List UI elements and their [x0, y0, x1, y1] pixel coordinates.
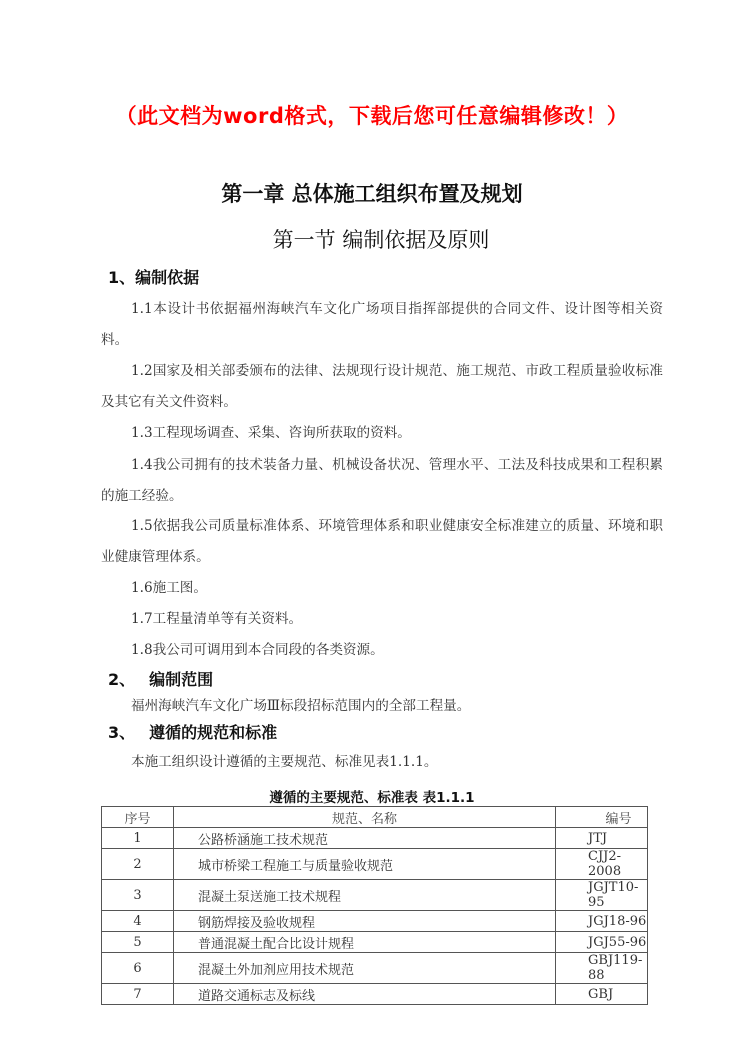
paragraph-1-3: 1.3工程现场调查、采集、咨询所获取的资料。 [101, 418, 663, 449]
paragraph-1-6: 1.6施工图。 [101, 573, 663, 604]
table-row: 3 混凝土泵送施工技术规程 JGJT10-95 [102, 880, 648, 911]
heading-basis: 1、编制依据 [108, 265, 199, 288]
paragraph-1-5: 1.5依据我公司质量标准体系、环境管理体系和职业健康安全标准建立的质量、环境和职… [101, 511, 663, 573]
chapter-title: 第一章 总体施工组织布置及规划 [0, 178, 744, 208]
table-caption: 遵循的主要规范、标准表 表1.1.1 [0, 786, 744, 806]
table-header-row: 序号 规范、名称 编号 [102, 807, 648, 828]
paragraph-1-4: 1.4我公司拥有的技术装备力量、机械设备状况、管理水平、工法及科技成果和工程积累… [101, 450, 663, 512]
paragraph-1-1: 1.1本设计书依据福州海峡汽车文化广场项目指挥部提供的合同文件、设计图等相关资料… [101, 294, 663, 356]
table-row: 6 混凝土外加剂应用技术规范 GBJ119-88 [102, 953, 648, 984]
header-code: 编号 [556, 807, 648, 828]
heading-text: 编制依据 [135, 268, 199, 287]
paragraph-standards: 本施工组织设计遵循的主要规范、标准见表1.1.1。 [101, 747, 663, 778]
header-name: 规范、名称 [174, 807, 556, 828]
table-row: 7 道路交通标志及标线 GBJ [102, 984, 648, 1005]
paragraph-scope: 福州海峡汽车文化广场Ⅲ标段招标范围内的全部工程量。 [101, 691, 663, 722]
heading-number: 1、 [108, 265, 135, 288]
heading-standards: 3、遵循的规范和标准 [108, 720, 277, 743]
table-row: 1 公路桥涵施工技术规范 JTJ [102, 828, 648, 849]
editable-notice: （此文档为word格式，下载后您可任意编辑修改！） [0, 100, 744, 130]
paragraph-1-2: 1.2国家及相关部委颁布的法律、法规现行设计规范、施工规范、市政工程质量验收标准… [101, 356, 663, 418]
paragraph-1-8: 1.8我公司可调用到本合同段的各类资源。 [101, 635, 663, 666]
heading-scope: 2、编制范围 [108, 667, 213, 690]
header-index: 序号 [102, 807, 174, 828]
standards-table: 序号 规范、名称 编号 1 公路桥涵施工技术规范 JTJ 2 城市桥梁工程施工与… [101, 806, 648, 1005]
table-row: 5 普通混凝土配合比设计规程 JGJ55-96 [102, 932, 648, 953]
table-row: 4 钢筋焊接及验收规程 JGJ18-96 [102, 911, 648, 932]
section-title: 第一节 编制依据及原则 [0, 224, 744, 254]
table-row: 2 城市桥梁工程施工与质量验收规范 CJJ2-2008 [102, 849, 648, 880]
document-page: （此文档为word格式，下载后您可任意编辑修改！） 第一章 总体施工组织布置及规… [0, 0, 744, 1052]
paragraph-1-7: 1.7工程量清单等有关资料。 [101, 604, 663, 635]
